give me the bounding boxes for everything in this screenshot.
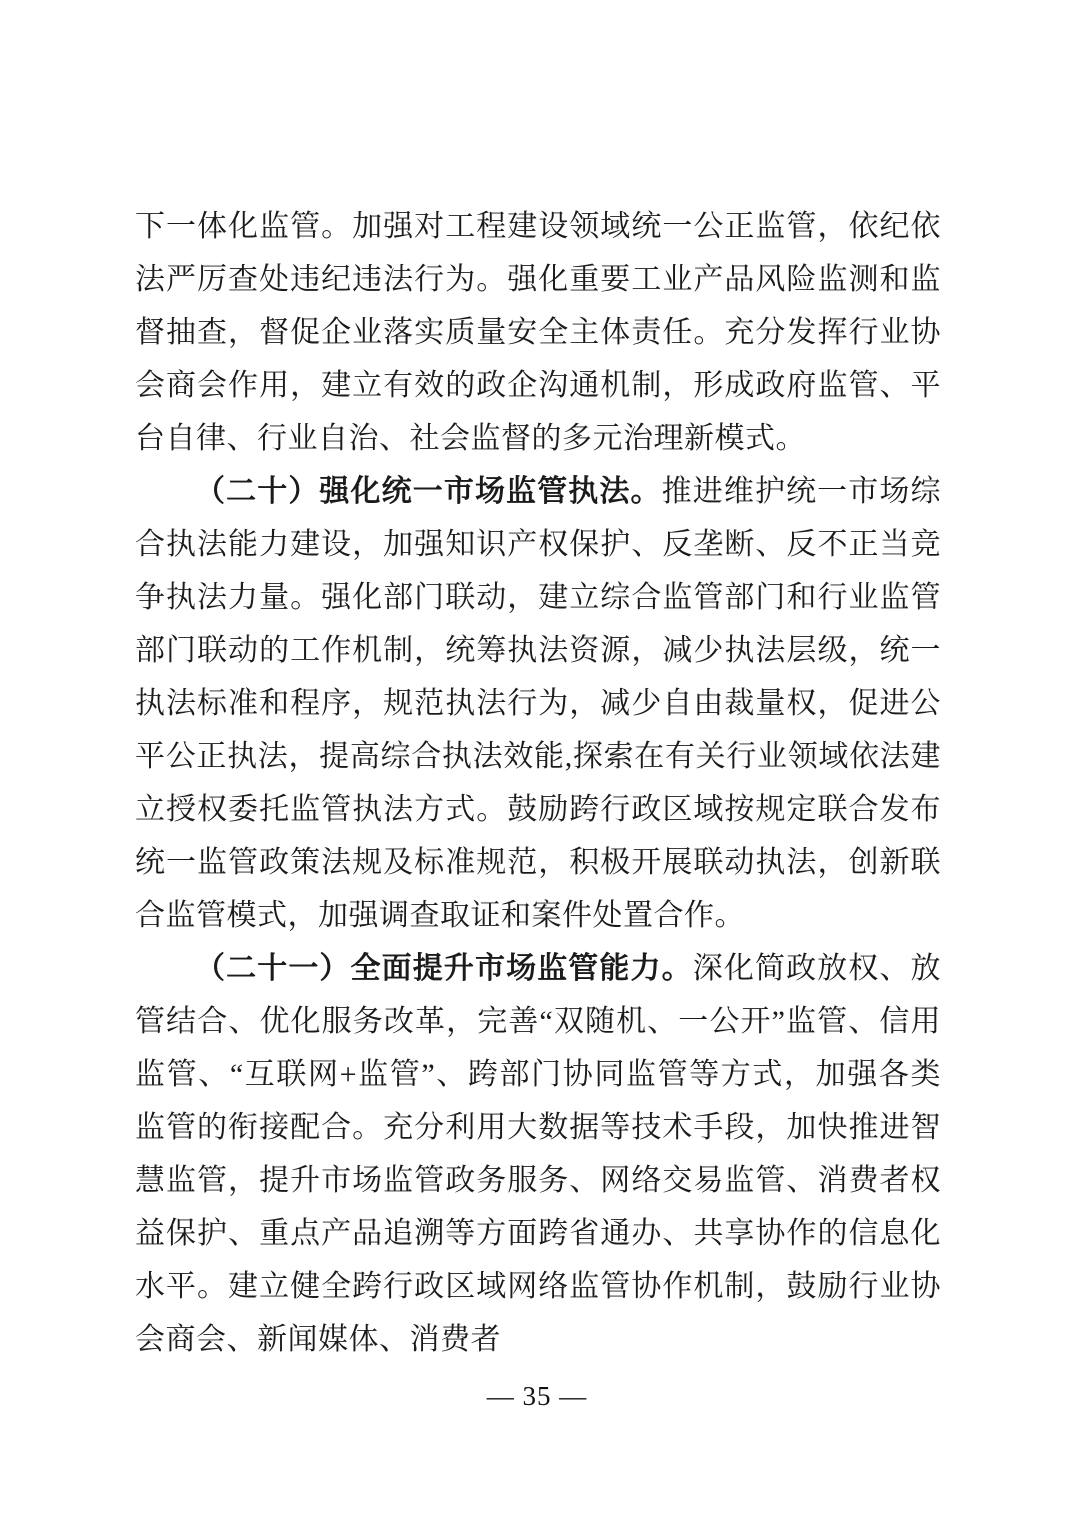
paragraph-continuation: 下一体化监管。加强对工程建设领域统一公正监管，依纪依法严厉查处违纪违法行为。强化… xyxy=(135,200,941,465)
paragraph-item-21: （二十一）全面提升市场监管能力。深化简政放权、放管结合、优化服务改革，完善“双随… xyxy=(135,942,941,1366)
document-body: 下一体化监管。加强对工程建设领域统一公正监管，依纪依法严厉查处违纪违法行为。强化… xyxy=(135,200,941,1366)
page-footer: — 35 — xyxy=(0,1381,1074,1412)
paragraph-item-20: （二十）强化统一市场监管执法。推进维护统一市场综合执法能力建设，加强知识产权保护… xyxy=(135,465,941,942)
paragraph-lead: （二十一）全面提升市场监管能力。 xyxy=(195,952,693,985)
document-page: 下一体化监管。加强对工程建设领域统一公正监管，依纪依法严厉查处违纪违法行为。强化… xyxy=(0,0,1074,1520)
page-number: — 35 — xyxy=(487,1381,588,1411)
paragraph-lead: （二十）强化统一市场监管执法。 xyxy=(195,475,662,508)
